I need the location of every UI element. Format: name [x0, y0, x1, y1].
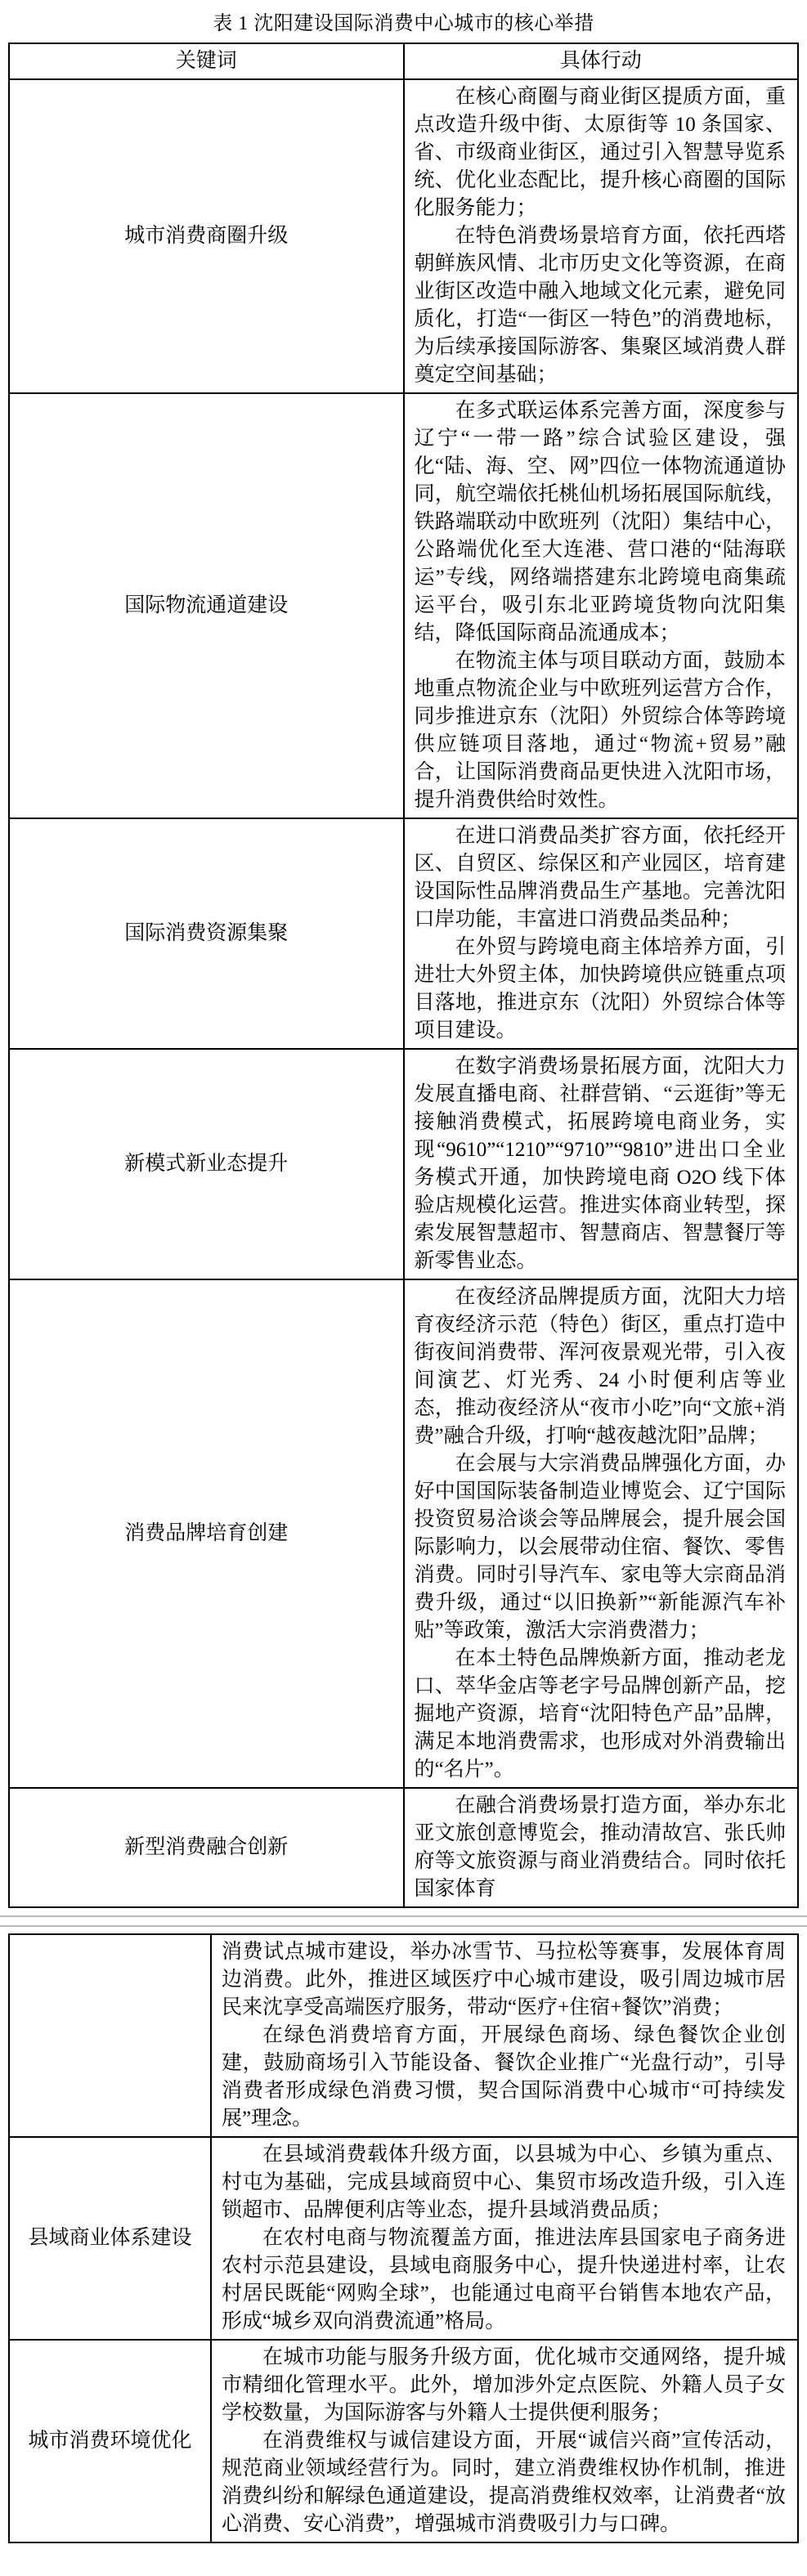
- actions-cell: 在多式联运体系完善方面，深度参与辽宁“一带一路”综合试验区建设，强化“陆、海、空…: [404, 393, 799, 818]
- action-paragraph: 消费试点城市建设，举办冰雪节、马拉松等赛事，发展体育周边消费。此外，推进区域医疗…: [222, 1938, 786, 2022]
- keyword-cell: 新型消费融合创新: [9, 1788, 404, 1907]
- actions-cell: 在核心商圈与商业街区提质方面，重点改造升级中街、太原街等 10 条国家、省、市级…: [404, 79, 799, 393]
- table-row: 城市消费环境优化在城市功能与服务升级方面，优化城市交通网络，提升城市精细化管理水…: [9, 2340, 798, 2542]
- actions-cell: 消费试点城市建设，举办冰雪节、马拉松等赛事，发展体育周边消费。此外，推进区域医疗…: [211, 1934, 798, 2137]
- table-caption: 表 1 沈阳建设国际消费中心城市的核心举措: [0, 0, 807, 43]
- actions-cell: 在数字消费场景拓展方面，沈阳大力发展直播电商、社群营销、“云逛街”等无接触消费模…: [404, 1049, 799, 1279]
- column-header-actions: 具体行动: [404, 43, 799, 79]
- action-paragraph: 在城市功能与服务升级方面，优化城市交通网络，提升城市精细化管理水平。此外，增加涉…: [222, 2344, 786, 2427]
- action-paragraph: 在会展与大宗消费品牌强化方面，办好中国国际装备制造业博览会、辽宁国际投资贸易洽谈…: [415, 1450, 787, 1645]
- keyword-cell: 国际物流通道建设: [9, 393, 404, 818]
- action-paragraph: 在消费维权与诚信建设方面，开展“诚信兴商”宣传活动，规范商业领域经营行为。同时，…: [222, 2427, 786, 2538]
- action-paragraph: 在物流主体与项目联动方面，鼓励本地重点物流企业与中欧班列运营方合作，同步推进京东…: [415, 647, 787, 814]
- actions-cell: 在夜经济品牌提质方面，沈阳大力培育夜经济示范（特色）街区，重点打造中街夜间消费带…: [404, 1279, 799, 1788]
- actions-cell: 在城市功能与服务升级方面，优化城市交通网络，提升城市精细化管理水平。此外，增加涉…: [211, 2340, 798, 2542]
- page-break: [0, 1908, 807, 1933]
- actions-cell: 在县域消费载体升级方面，以县城为中心、乡镇为重点、村屯为基础，完成县域商贸中心、…: [211, 2137, 798, 2340]
- action-paragraph: 在进口消费品类扩容方面，依托经开区、自贸区、综保区和产业园区，培育建设国际性品牌…: [415, 822, 787, 934]
- page-break-line: [0, 1925, 807, 1927]
- action-paragraph: 在融合消费场景打造方面，举办东北亚文旅创意博览会，推动清故宫、张氏帅府等文旅资源…: [415, 1792, 787, 1903]
- keyword-cell: 国际消费资源集聚: [9, 818, 404, 1049]
- action-paragraph: 在绿色消费培育方面，开展绿色商场、绿色餐饮企业创建，鼓励商场引入节能设备、餐饮企…: [222, 2022, 786, 2133]
- action-paragraph: 在多式联运体系完善方面，深度参与辽宁“一带一路”综合试验区建设，强化“陆、海、空…: [415, 397, 787, 647]
- table-row: 城市消费商圈升级在核心商圈与商业街区提质方面，重点改造升级中街、太原街等 10 …: [9, 79, 798, 393]
- action-paragraph: 在夜经济品牌提质方面，沈阳大力培育夜经济示范（特色）街区，重点打造中街夜间消费带…: [415, 1284, 787, 1450]
- table-row: 县域商业体系建设在县域消费载体升级方面，以县城为中心、乡镇为重点、村屯为基础，完…: [9, 2137, 798, 2340]
- table-row: 新型消费融合创新在融合消费场景打造方面，举办东北亚文旅创意博览会，推动清故宫、张…: [9, 1788, 798, 1907]
- actions-cell: 在融合消费场景打造方面，举办东北亚文旅创意博览会，推动清故宫、张氏帅府等文旅资源…: [404, 1788, 799, 1907]
- table-row: 新模式新业态提升在数字消费场景拓展方面，沈阳大力发展直播电商、社群营销、“云逛街…: [9, 1049, 798, 1279]
- table-row: 消费品牌培育创建在夜经济品牌提质方面，沈阳大力培育夜经济示范（特色）街区，重点打…: [9, 1279, 798, 1788]
- action-paragraph: 在数字消费场景拓展方面，沈阳大力发展直播电商、社群营销、“云逛街”等无接触消费模…: [415, 1053, 787, 1275]
- action-paragraph: 在县域消费载体升级方面，以县城为中心、乡镇为重点、村屯为基础，完成县域商贸中心、…: [222, 2141, 786, 2224]
- action-paragraph: 在特色消费场景培育方面，依托西塔朝鲜族风情、北市历史文化等资源，在商业街区改造中…: [415, 222, 787, 389]
- action-paragraph: 在外贸与跨境电商主体培养方面，引进壮大外贸主体，加快跨境供应链重点项目落地，推进…: [415, 934, 787, 1045]
- keyword-cell: [9, 1934, 211, 2137]
- action-paragraph: 在本土特色品牌焕新方面，推动老龙口、萃华金店等老字号品牌创新产品，挖掘地产资源，…: [415, 1645, 787, 1784]
- measures-table-part1: 关键词 具体行动 城市消费商圈升级在核心商圈与商业街区提质方面，重点改造升级中街…: [8, 43, 799, 1908]
- bottom-margin: [0, 2543, 807, 2576]
- action-paragraph: 在农村电商与物流覆盖方面，推进法库县国家电子商务进农村示范县建设，县域电商服务中…: [222, 2224, 786, 2336]
- actions-cell: 在进口消费品类扩容方面，依托经开区、自贸区、综保区和产业园区，培育建设国际性品牌…: [404, 818, 799, 1049]
- action-paragraph: 在核心商圈与商业街区提质方面，重点改造升级中街、太原街等 10 条国家、省、市级…: [415, 83, 787, 222]
- column-header-keyword: 关键词: [9, 43, 404, 79]
- measures-table-part2: 消费试点城市建设，举办冰雪节、马拉松等赛事，发展体育周边消费。此外，推进区域医疗…: [8, 1933, 799, 2543]
- header-row: 关键词 具体行动: [9, 43, 798, 79]
- keyword-cell: 城市消费商圈升级: [9, 79, 404, 393]
- keyword-cell: 城市消费环境优化: [9, 2340, 211, 2542]
- table-row: 国际物流通道建设在多式联运体系完善方面，深度参与辽宁“一带一路”综合试验区建设，…: [9, 393, 798, 818]
- keyword-cell: 新模式新业态提升: [9, 1049, 404, 1279]
- table-row: 国际消费资源集聚在进口消费品类扩容方面，依托经开区、自贸区、综保区和产业园区，培…: [9, 818, 798, 1049]
- keyword-cell: 县域商业体系建设: [9, 2137, 211, 2340]
- table-row: 消费试点城市建设，举办冰雪节、马拉松等赛事，发展体育周边消费。此外，推进区域医疗…: [9, 1934, 798, 2137]
- page-break-line: [0, 1915, 807, 1917]
- keyword-cell: 消费品牌培育创建: [9, 1279, 404, 1788]
